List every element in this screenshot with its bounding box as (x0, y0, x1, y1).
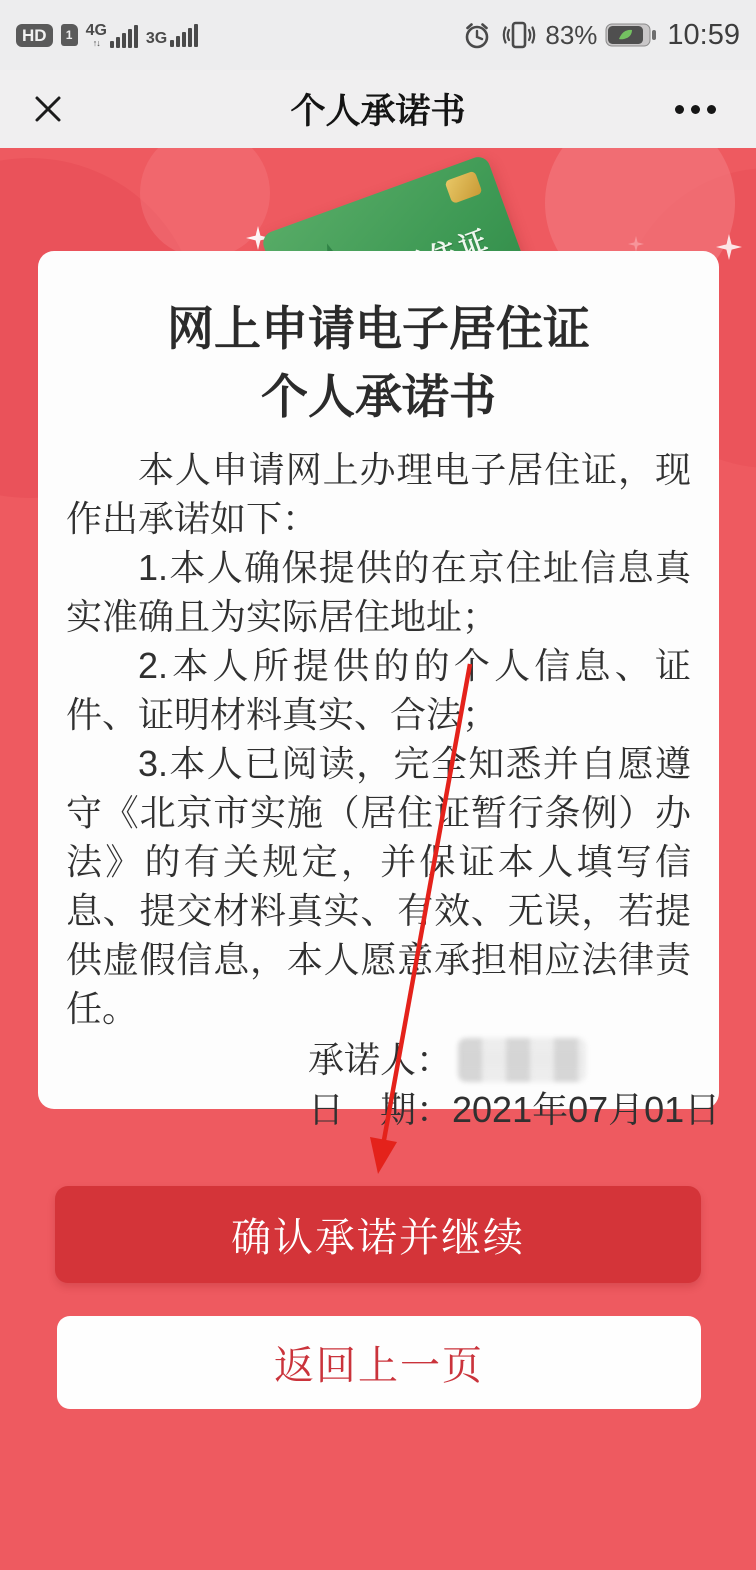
confirm-commitment-button[interactable]: 确认承诺并继续 (55, 1186, 701, 1283)
phone-screen: HD 1 4G↑↓ 3G (0, 0, 756, 1570)
letter-paragraph: 1.本人确保提供的在京住址信息真实准确且为实际居住地址； (66, 543, 691, 641)
commitment-letter-card: 网上申请电子居住证 个人承诺书 本人申请网上办理电子居住证，现作出承诺如下： 1… (38, 251, 719, 1109)
letter-paragraph: 3.本人已阅读，完全知悉并自愿遵守《北京市实施（居住证暂行条例）办法》的有关规定… (66, 739, 691, 1033)
letter-title-line1: 网上申请电子居住证 (167, 302, 590, 355)
more-options-button[interactable] (660, 87, 730, 131)
back-button[interactable]: 返回上一页 (57, 1316, 701, 1409)
letter-title-line2: 个人承诺书 (261, 370, 496, 423)
signature-block: 承诺人： 日 期：2021年07月01日 (308, 1035, 695, 1135)
hd-icon: HD (16, 24, 53, 47)
network-3g-label: 3G (146, 31, 167, 47)
letter-paragraph: 2.本人所提供的的个人信息、证件、证明材料真实、合法； (66, 641, 691, 739)
clock-time: 10:59 (667, 19, 740, 52)
nav-bar: 个人承诺书 (0, 70, 756, 148)
date-value: 2021年07月01日 (452, 1089, 720, 1130)
status-right-group: 83% 10:59 (461, 18, 740, 52)
page-title: 个人承诺书 (0, 84, 756, 134)
signer-row: 承诺人： (308, 1035, 695, 1085)
dot-icon (675, 105, 684, 114)
battery-icon (605, 21, 657, 49)
letter-title: 网上申请电子居住证 个人承诺书 (62, 295, 695, 431)
sim-card-icon: 1 (61, 24, 78, 46)
status-bar: HD 1 4G↑↓ 3G (0, 0, 756, 70)
close-button[interactable] (26, 87, 70, 131)
date-label: 日 期： (308, 1089, 452, 1130)
signer-name-redacted (458, 1038, 586, 1082)
signal-3g: 3G (146, 24, 198, 47)
card-chip-icon (444, 171, 482, 204)
signal-4g: 4G↑↓ (86, 23, 138, 48)
battery-percent: 83% (545, 20, 597, 51)
signer-label: 承诺人： (308, 1039, 452, 1080)
network-4g-label: 4G↑↓ (86, 23, 107, 48)
letter-body: 本人申请网上办理电子居住证，现作出承诺如下： 1.本人确保提供的在京住址信息真实… (66, 445, 691, 1033)
dot-icon (691, 105, 700, 114)
signal-bars-icon (110, 25, 138, 48)
date-row: 日 期：2021年07月01日 (308, 1085, 695, 1135)
close-x-icon (33, 94, 63, 124)
alarm-clock-icon (461, 19, 493, 51)
letter-paragraph: 本人申请网上办理电子居住证，现作出承诺如下： (66, 445, 691, 543)
dot-icon (707, 105, 716, 114)
status-left-group: HD 1 4G↑↓ 3G (16, 23, 198, 48)
signal-bars-icon (170, 24, 198, 47)
vibrate-icon (501, 18, 537, 52)
